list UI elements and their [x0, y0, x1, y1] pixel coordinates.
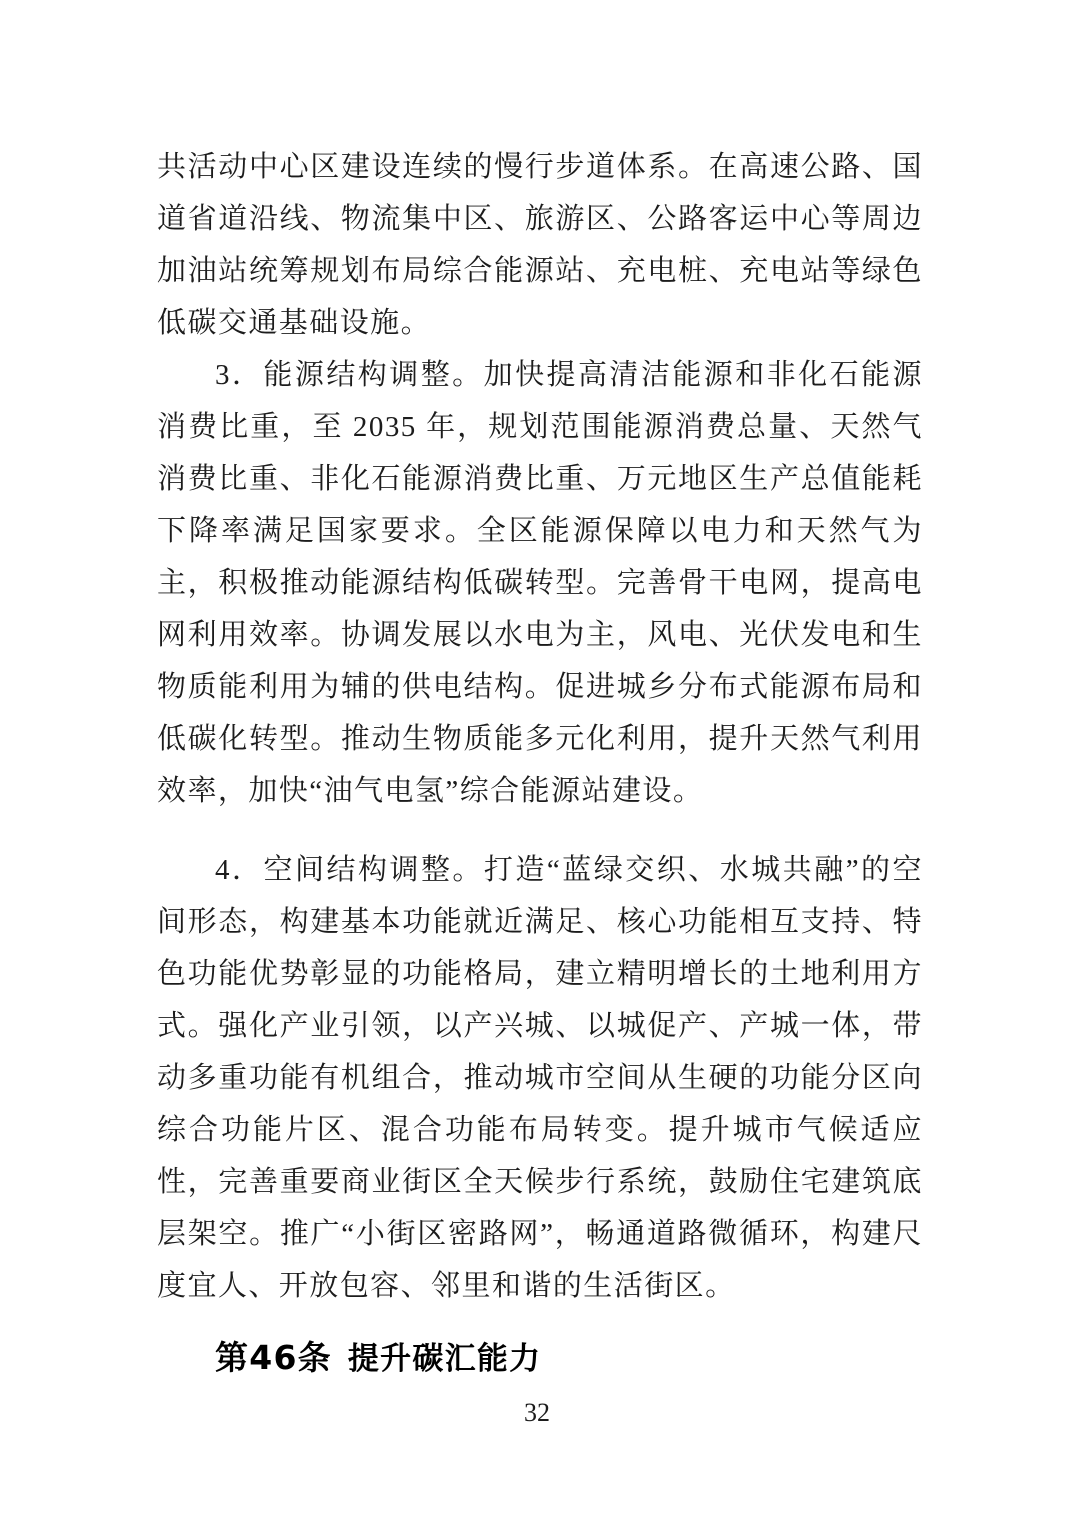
page-number: 32 — [0, 1398, 1074, 1428]
article-title: 提升碳汇能力 — [348, 1341, 541, 1376]
paragraph-transport-continuation: 共活动中心区建设连续的慢行步道体系。在高速公路、国道省道沿线、物流集中区、旅游区… — [157, 141, 923, 349]
document-page: 共活动中心区建设连续的慢行步道体系。在高速公路、国道省道沿线、物流集中区、旅游区… — [0, 0, 1074, 1520]
paragraph-energy-structure-adjustment: 3．能源结构调整。加快提高清洁能源和非化石能源消费比重，至 2035 年，规划范… — [157, 349, 923, 817]
article-heading: 第46条提升碳汇能力 — [157, 1332, 923, 1385]
paragraph-spatial-structure-adjustment: 4．空间结构调整。打造“蓝绿交织、水城共融”的空间形态，构建基本功能就近满足、核… — [157, 844, 923, 1312]
page-content: 共活动中心区建设连续的慢行步道体系。在高速公路、国道省道沿线、物流集中区、旅游区… — [157, 141, 923, 1385]
article-number: 第46条 — [215, 1338, 332, 1377]
